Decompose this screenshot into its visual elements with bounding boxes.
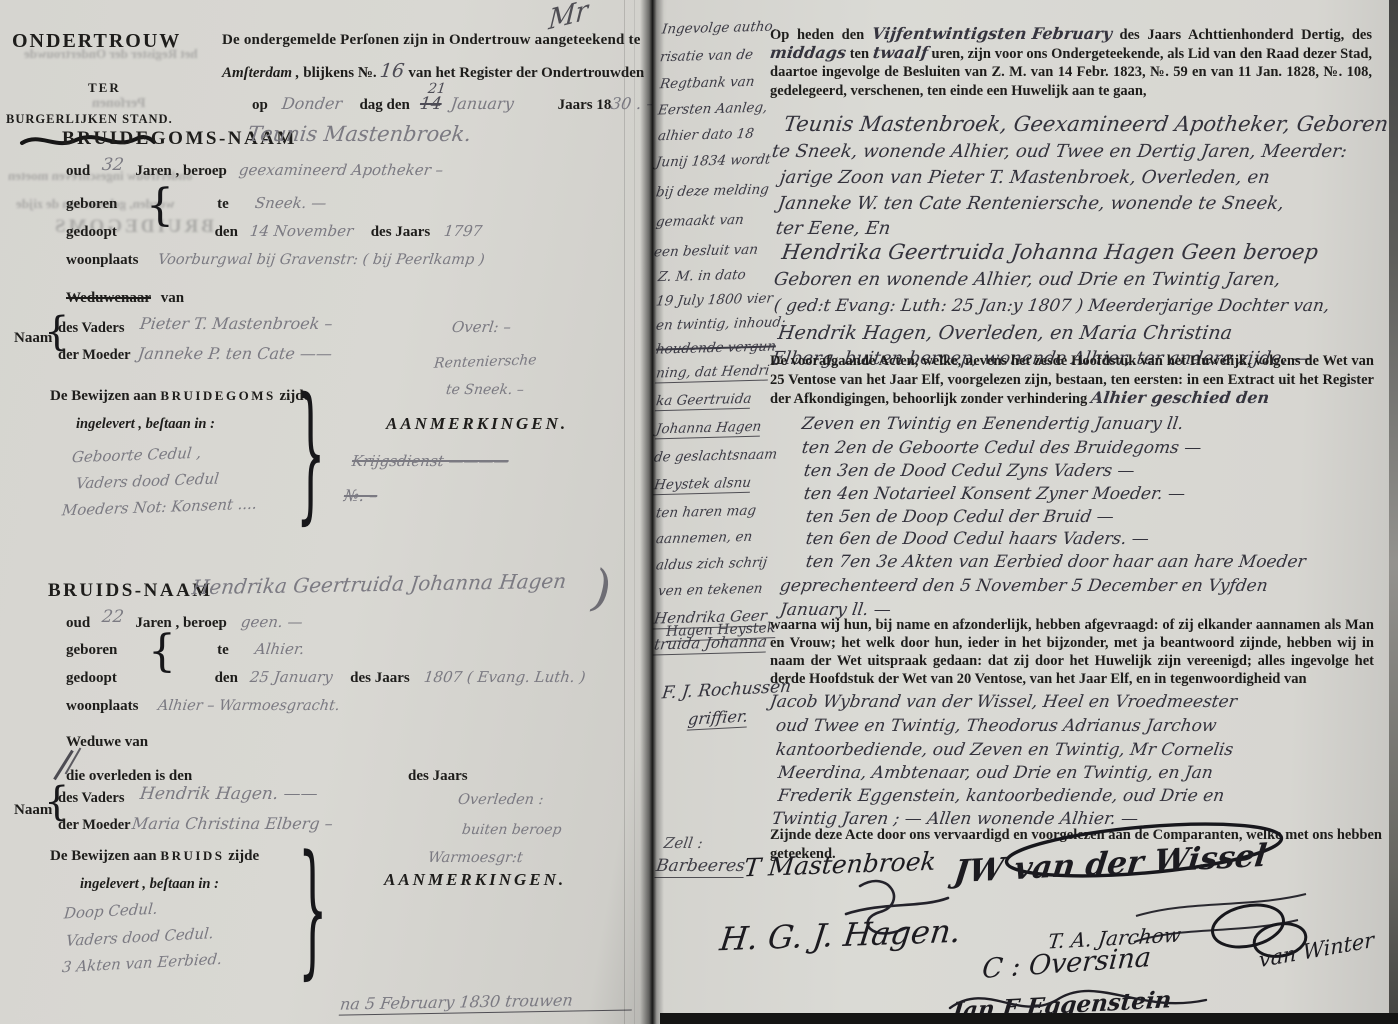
bride-mother-note2-handwritten: Warmoesgr:t [427,850,524,866]
gedoopt-label: gedoopt [66,670,117,686]
masthead-ter: TER [88,80,121,96]
scan-right-edge [1389,0,1398,1024]
groom-father-name-handwritten: Pieter T. Mastenbroek – [139,314,334,333]
des-jaars-label: des Jaars [408,768,468,784]
intro-line-1: De ondergemelde Perſonen zijn in Ondertr… [222,32,641,49]
groom-entry-line: jarige Zoon van Pieter T. Mastenbroek, O… [779,167,1272,188]
intro-city: Amſterdam , [222,65,300,81]
ceremony-date-handwritten: Vijfentwintigsten February [871,26,1113,42]
bride-entry-line: Hendrik Hagen, Overleden, en Maria Chris… [776,322,1233,344]
te-label: te [217,196,229,212]
witness-line: Frederik Eggenstein, kantoorbediende, ou… [777,786,1226,806]
page-right: Ingevolge autho, risatie van de Regtbank… [652,0,1398,1024]
bride-birthplace-handwritten: Alhier. [253,640,304,658]
proclamation-line: Zeven en Twintig en Eenendertig January … [801,414,1185,434]
register-number-handwritten: 16 [379,60,406,82]
bride-section-label: BRUIDS-NAAM [48,580,213,602]
document-list-line: ten 4en Notarieel Konsent Zyner Moeder. … [803,484,1187,504]
margin-note-line: alhier dato 18 [657,126,755,145]
margin-note-line: Regtbank van [659,74,756,93]
printed-text: Op heden den [770,27,864,43]
den-label: den [215,224,238,240]
page-fold-line [624,0,625,1024]
groom-evidence-heading: De Bewijzen aan BRUIDEGOMS zijde [50,388,310,405]
bruids-smallcaps: BRUIDS [160,848,224,863]
margin-note-line: Eersten Aanleg, [657,100,768,119]
zijde-label: zijde [228,848,259,864]
margin-note-line: een besluit van [653,242,759,261]
bride-signature: H. G. J. Hagen. [718,912,963,959]
margin-note-line: Hagen Heystek [666,620,776,642]
bride-entry-line: Hendrika Geertruida Johanna Hagen Geen b… [780,240,1319,264]
den-label: den [215,670,238,686]
des-vaders-label: des Vaders [58,320,124,337]
groom-evidence-brace: } [296,378,326,526]
bride-remarks-heading: AANMERKINGEN. [384,870,566,890]
bride-age-row: oud 22 Jaren , beroep geen. — [66,612,302,632]
groom-remark-struck2: №. – [343,486,379,505]
ingelevert-label: ingelevert , beſtaan in : [80,876,219,893]
margin-note-line: Johanna Hagen [655,419,763,440]
groom-baptized-row: gedoopt den 14 November des Jaars 1797 [66,222,482,241]
margin-note-line: Heystek alsnu [653,475,752,496]
bride-father-note-handwritten: Overleden : [457,792,544,808]
groom-mother-note2-handwritten: te Sneek. – [445,382,525,398]
bride-name-flourish: ) [585,559,618,620]
margin-note-line: ning, dat Hendri [655,362,771,383]
groom-evidence-item: Moeders Not: Konsent .... [61,495,258,520]
bride-mother-note-handwritten: buiten beroep [461,822,562,838]
der-moeder-label: der Moeder [58,817,131,834]
op-label: op [252,97,268,113]
margin-note-line: 19 July 1800 vier [655,290,774,309]
bride-evidence-item: Vaders dood Cedul. [65,924,214,950]
intro-line-2: Amſterdam , blijkens №. 16 van het Regis… [222,60,644,82]
groom-birthplace-handwritten: Sneek. — [253,194,327,212]
margin-note-line: en twintig, inhoud: [655,314,787,333]
margin-note-line: Ingevolge autho, [661,18,778,37]
bride-entry-line: Geboren en wonende Alhier, oud Drie en T… [773,269,1282,290]
der-moeder-label: der Moeder [58,347,131,364]
day-number-struck: 14 [418,94,442,114]
document-list-line: geprechenteerd den 5 November 5 December… [779,576,1269,596]
witness-line: Jacob Wybrand van der Wissel, Heel en Vr… [769,692,1239,712]
groom-mother-note-handwritten: Renteniersche [433,352,537,372]
vows-paragraph: waarna wij hun, bij name en afzonderlijk… [770,616,1374,688]
marriage-date-note-handwritten: na 5 February 1830 trouwen [339,989,634,1015]
die-overleden-label: die overleden is den [66,768,192,784]
witness-line: kantoorbediende, oud Zeven en Twintig, M… [775,740,1235,760]
margin-note-line: ka Geertruida [655,391,753,412]
intro-date-line: op Donder dag den 14 21 January Jaars 18… [252,94,663,114]
bride-residence-row: woonplaats Alhier – Warmoesgracht. [66,698,340,715]
intro-blijkens: blijkens №. [303,65,376,81]
geboren-label: geboren [66,642,117,658]
bride-baptism-year-handwritten: 1807 ( Evang. Luth. ) [422,668,586,686]
bride-baptism-date-handwritten: 25 January [249,668,334,686]
bride-deceased-row: die overleden is den des Jaars [66,768,468,785]
groom-residence-row: woonplaats Voorburgwal bij Gravenstr: ( … [66,252,485,269]
bleedthrough-text: Perſonen [92,96,146,112]
groom-born-row: geboren te Sneek. — [66,194,326,213]
opening-paragraph: Op heden den Vijfentwintigsten February … [770,26,1372,100]
bewijzen-label: De Bewijzen aan [50,388,157,404]
bride-baptized-row: gedoopt den 25 January des Jaars 1807 ( … [66,668,585,687]
groom-age-row: oud 32 Jaren , beroep geexamineerd Apoth… [66,160,443,180]
bride-residence-handwritten: Alhier – Warmoesgracht. [157,698,341,714]
des-jaars-label: des Jaars [371,224,431,240]
bewijzen-label: De Bewijzen aan [50,848,157,864]
groom-entry-line: Teunis Mastenbroek, Geexamineerd Apothek… [782,112,1390,136]
ingelevert-label: ingelevert , beſtaan in : [76,416,215,433]
masthead-title: ONDERTROUW [12,30,181,53]
proclamation-place-handwritten: Alhier geschied den [1090,390,1270,406]
bride-evidence-item: 3 Akten van Eerbied. [61,950,222,976]
document-list-line: ten 5en de Doop Cedul der Bruid — [805,507,1116,527]
van-label: van [161,290,184,306]
intro-line-2-rest: van het Register der Ondertrouwden [408,65,644,81]
margin-note-line: ven en tekenen [657,581,764,600]
gedoopt-label: gedoopt [66,224,117,240]
document-list-line: ten 2en de Geboorte Cedul des Bruidegoms… [801,438,1203,458]
margin-note-line: aannemen, en [655,529,753,548]
groom-entry-line: ter Eene, En [775,218,892,239]
witness3-signature: C : Oversina [981,942,1152,985]
groom-widower-row: Weduwenaar van [66,290,184,307]
bride-born-row: geboren te Alhier. [66,640,304,659]
groom-remarks-heading: AANMERKINGEN. [386,414,568,434]
groom-age-handwritten: 32 [101,155,125,175]
printed-text: ten [850,46,869,62]
weekday-handwritten: Donder [280,94,342,113]
witness-line: Meerdina, Ambtenaar, oud Drie en Twintig… [777,763,1215,783]
clerk-title: griffier. [687,706,749,730]
groom-entry-line: Janneke W. ten Cate Renteniersche, wonen… [777,193,1286,214]
bride-age-handwritten: 22 [101,607,125,627]
margin-note-line: de geslachtsnaam [653,446,778,465]
groom-baptism-year-handwritten: 1797 [443,222,483,240]
groom-evidence-item: Vaders dood Cedul [75,469,220,492]
margin-note-line: aldus zich schrij [655,555,768,574]
groom-remark-struck: Krijgsdienst ———— [351,452,510,470]
bruidegoms-smallcaps: BRUIDEGOMS [160,388,275,403]
oud-label: oud [66,615,90,631]
margin-note-line: Z. M. in dato [657,267,747,285]
oud-label: oud [66,163,90,179]
groom-evidence-item: Geboorte Cedul , [71,444,202,467]
margin-note-line: houdende vergun [655,338,777,357]
hour-handwritten: twaalf [872,45,929,61]
groom-entry-line: te Sneek, wonende Alhier, oud Twee en De… [771,141,1349,162]
groom-occupation-handwritten: geexamineerd Apotheker – [238,161,444,179]
day-number-corrected: 21 [427,81,447,97]
geboren-label: geboren [66,196,117,212]
margin-note-line: gemaakt van [655,212,745,230]
bride-father-name-handwritten: Hendrik Hagen. —— [139,784,319,804]
bride-name-handwritten: Hendrika Geertruida Johanna Hagen [191,569,568,600]
page-left: het Register der Ondertrouwde Perſonen o… [0,0,652,1024]
bride-evidence-brace: } [298,836,328,981]
woonplaats-label: woonplaats [66,252,139,268]
witness-line: oud Twee en Twintig, Theodorus Adrianus … [775,716,1218,736]
masthead-burgerlijken-stand: BURGERLIJKEN STAND. [6,112,173,127]
document-list-line: ten 3en de Dood Cedul Zyns Vaders — [803,461,1136,481]
preceding-acts-paragraph: De voorafgaande Acten, welke, nevens het… [770,352,1374,409]
bride-occupation-handwritten: geen. — [240,613,304,631]
woonplaats-label: woonplaats [66,698,139,714]
bride-evidence-heading: De Bewijzen aan BRUIDS zijde [50,848,259,865]
dag-den-label: dag den [359,97,409,113]
des-jaars-label: des Jaars [350,670,410,686]
bride-evidence-item: Doop Cedul. [63,899,158,922]
jaren-beroep-label: Jaren , beroep [135,163,227,179]
book-gutter [640,0,664,1024]
jaars-label: Jaars 18 [558,97,612,113]
margin-note-line: risatie van de [659,47,754,65]
document-list-line: ten 6en de Dood Cedul haars Vaders. — [805,529,1151,549]
month-handwritten: January [450,94,515,113]
printed-text: waarna wij hun, bij name en afzonderlijk… [770,617,1374,687]
groom-baptism-date-handwritten: 14 November [249,222,354,240]
printed-text: De voorafgaande Acten, welke, nevens het… [770,353,1374,407]
groom-residence-handwritten: Voorburgwal bij Gravenstr: ( bij Peerlka… [157,252,485,268]
groom-mother-name-handwritten: Janneke P. ten Cate —— [137,344,333,363]
signature-margin-note2: Barbeeres [654,856,746,878]
page-fold-line [634,0,635,1024]
des-vaders-label: des Vaders [58,790,124,807]
weduwenaar-label-struck: Weduwenaar [66,290,151,306]
margin-note-line: Junij 1834 wordt [655,151,772,170]
groom-name-handwritten: Teunis Mastenbroek. [247,122,473,146]
signature-margin-note: Zell : [663,834,704,852]
groom-father-note-handwritten: Overl: – [451,318,512,336]
te-label: te [217,642,229,658]
document-list-line: ten 7en 3e Akten van Eerbied door haar a… [805,552,1307,572]
marriage-register-scan: het Register der Ondertrouwde Perſonen o… [0,0,1398,1024]
scan-bottom-edge [660,1013,1398,1024]
margin-note-line: bij deze melding [655,181,770,200]
bride-entry-line: ( ged:t Evang: Luth: 25 Jan:y 1807 ) Mee… [773,296,1331,316]
daypart-handwritten: middags [769,45,847,61]
margin-note-line: ten haren mag [655,503,757,522]
printed-text: des Jaars Achttienhonderd Dertig, des [1120,27,1372,43]
